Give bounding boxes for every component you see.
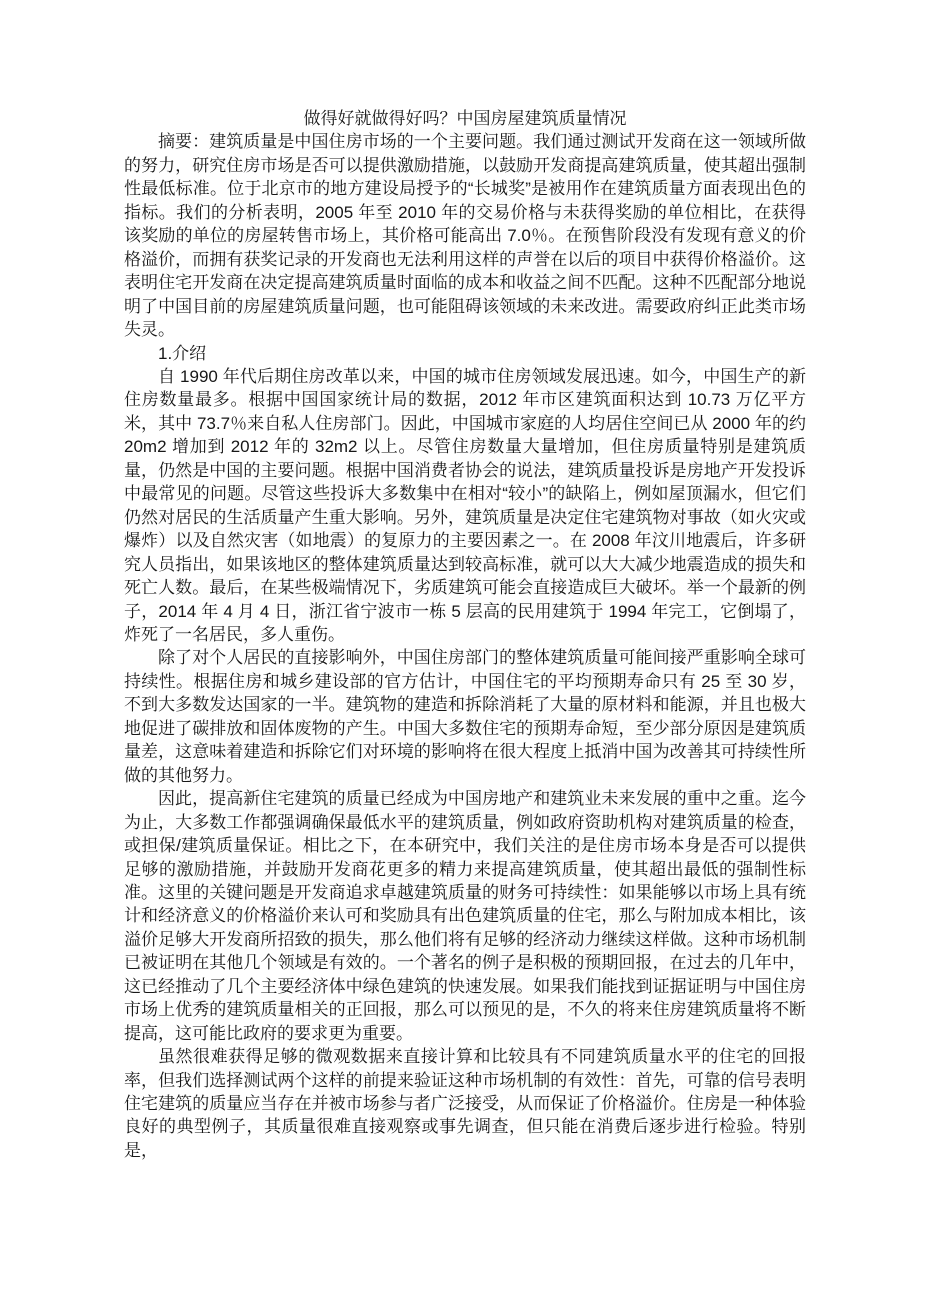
- document-page: 做得好就做得好吗？中国房屋建筑质量情况 摘要：建筑质量是中国住房市场的一个主要问…: [0, 0, 926, 1309]
- document-title: 做得好就做得好吗？中国房屋建筑质量情况: [124, 107, 806, 130]
- intro-paragraph-4: 虽然很难获得足够的微观数据来直接计算和比较具有不同建筑质量水平的住宅的回报率，但…: [124, 1045, 806, 1162]
- intro-paragraph-1: 自 1990 年代后期住房改革以来，中国的城市住房领域发展迅速。如今，中国生产的…: [124, 365, 806, 646]
- intro-paragraph-3: 因此，提高新住宅建筑的质量已经成为中国房地产和建筑业未来发展的重中之重。迄今为止…: [124, 787, 806, 1045]
- abstract-paragraph: 摘要：建筑质量是中国住房市场的一个主要问题。我们通过测试开发商在这一领域所做的努…: [124, 130, 806, 341]
- section-heading-introduction: 1.介绍: [124, 342, 806, 365]
- page-text-block: 做得好就做得好吗？中国房屋建筑质量情况 摘要：建筑质量是中国住房市场的一个主要问…: [124, 107, 806, 1162]
- intro-paragraph-2: 除了对个人居民的直接影响外，中国住房部门的整体建筑质量可能间接严重影响全球可持续…: [124, 646, 806, 787]
